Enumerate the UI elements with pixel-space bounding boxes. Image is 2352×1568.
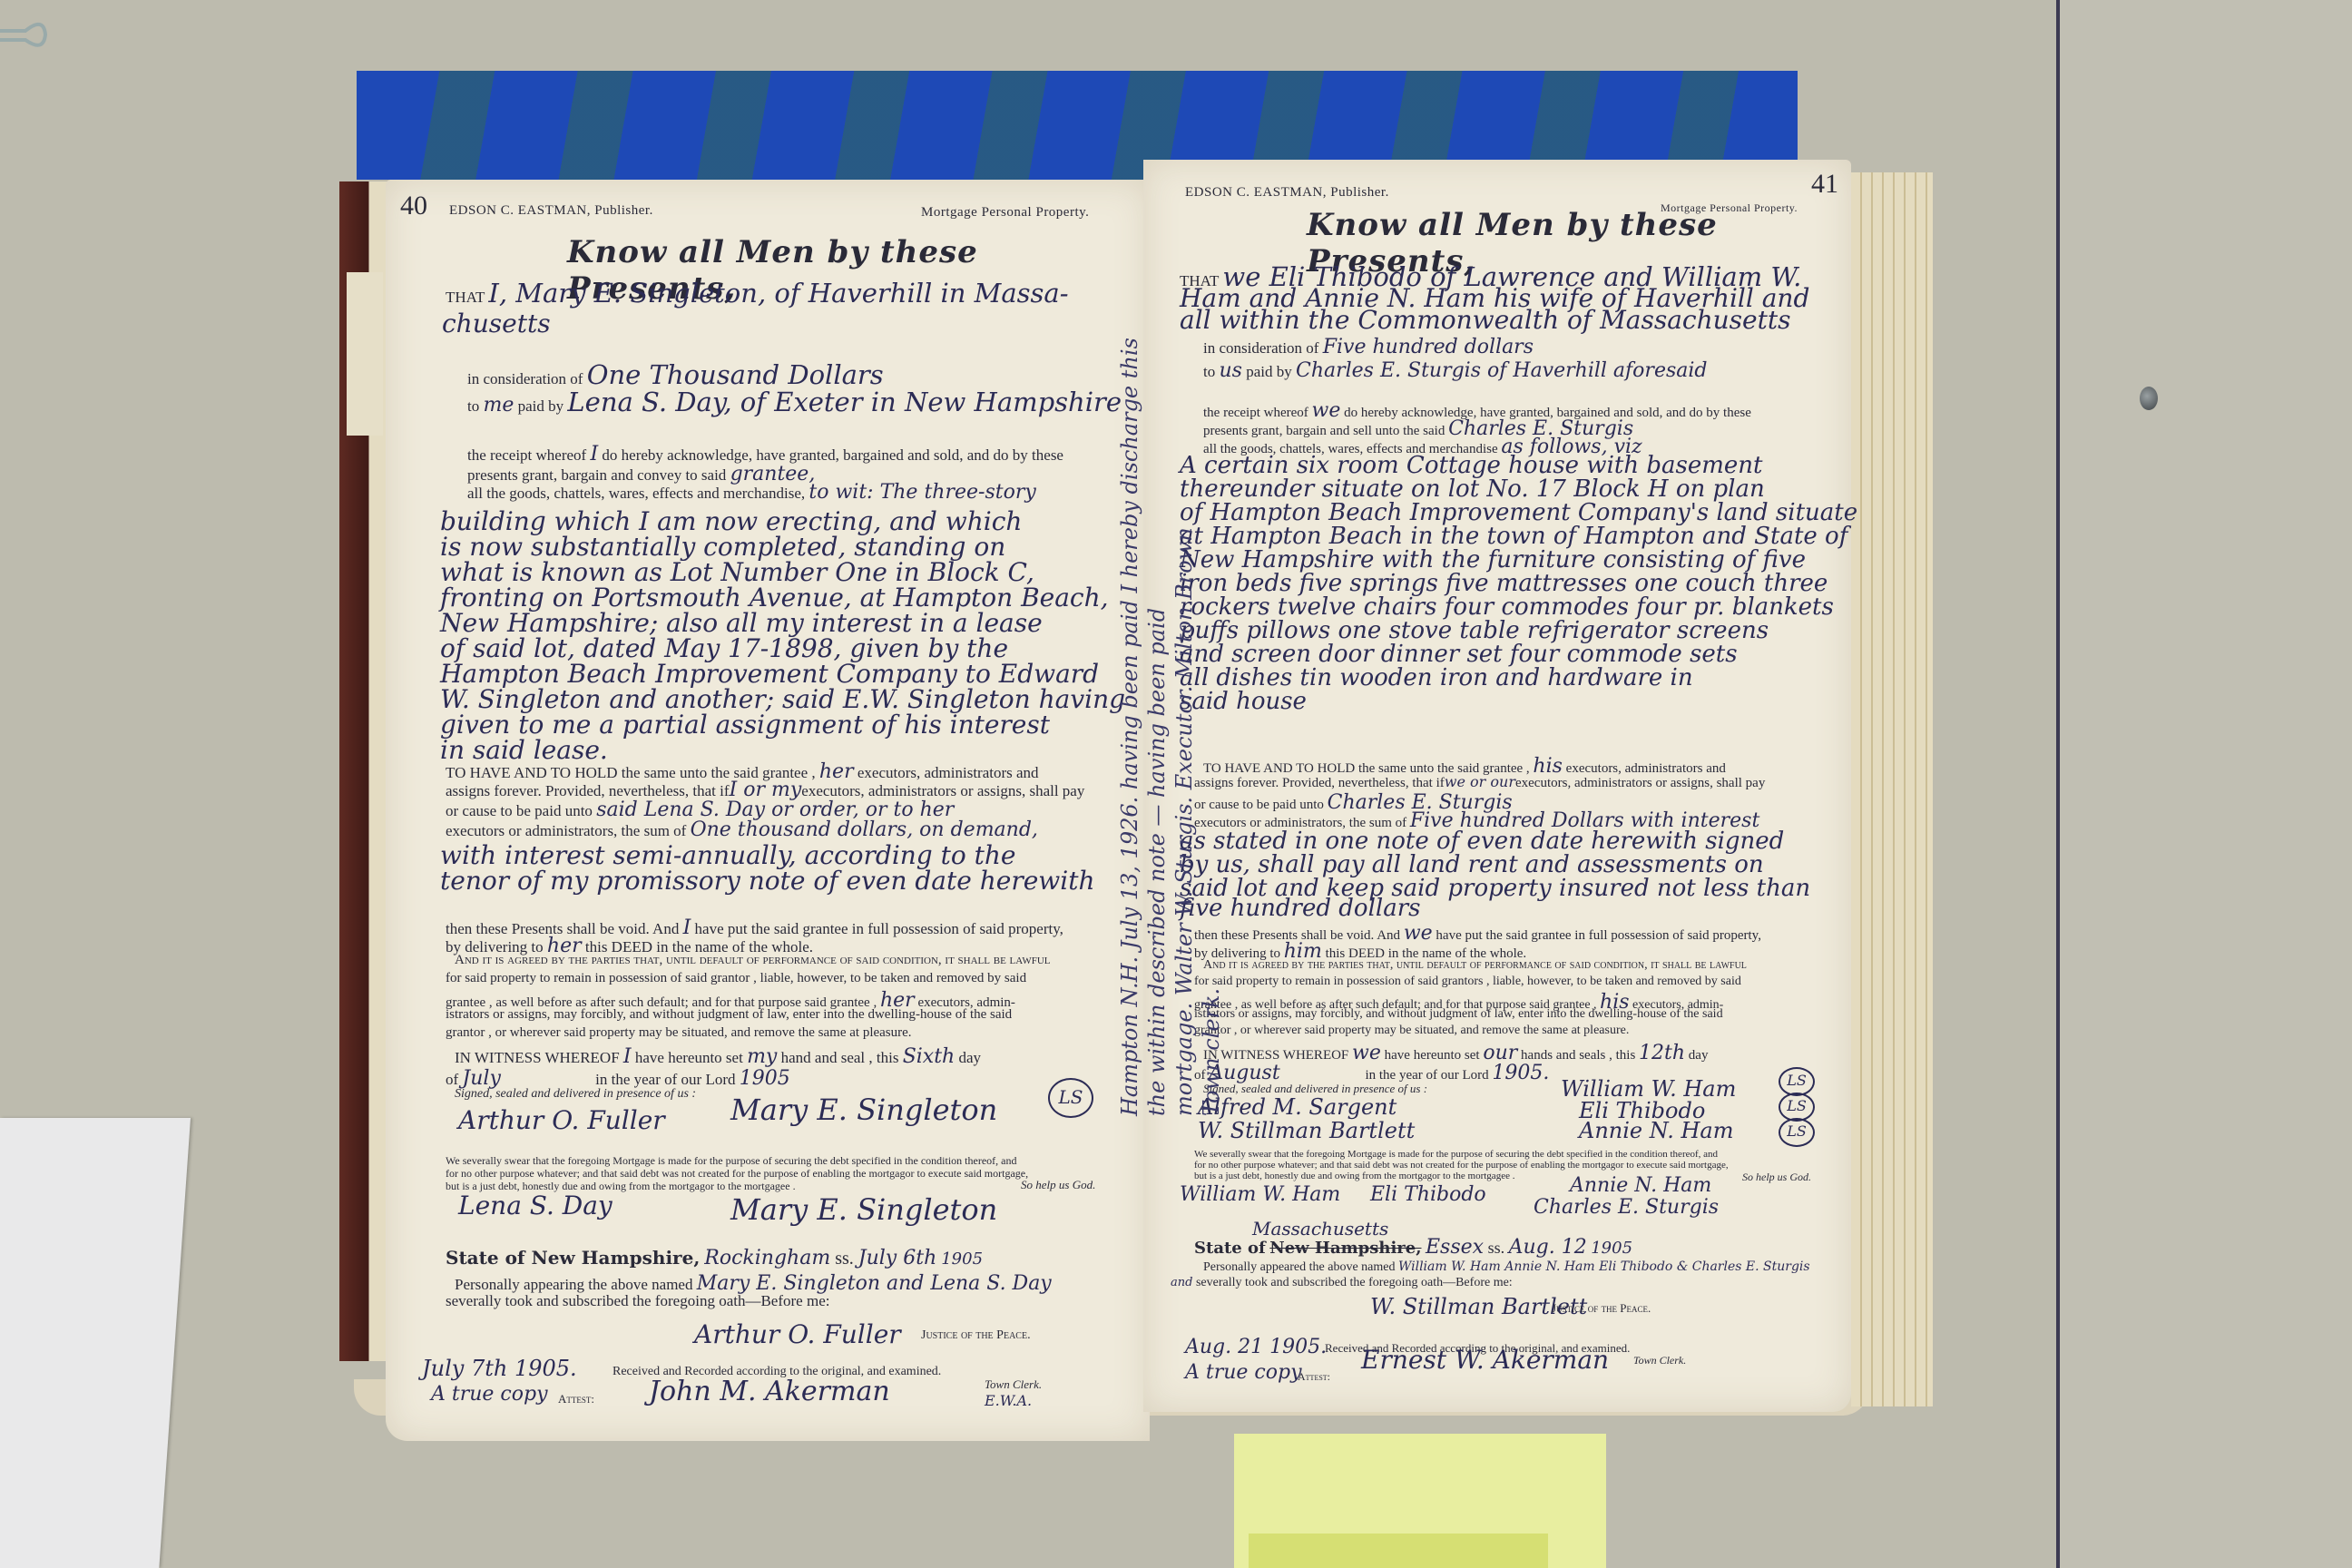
seal-ls: LS xyxy=(1779,1118,1815,1147)
true-copy: A true copy xyxy=(1185,1361,1302,1384)
witness-text: hand and seal , this xyxy=(781,1049,899,1066)
witness-text: day xyxy=(958,1049,981,1066)
habendum-value: tenor of my promissory note of even date… xyxy=(440,866,1095,896)
page-number: 41 xyxy=(1811,169,1838,200)
grantor-line: chusetts xyxy=(442,309,551,338)
ack-state: State of New Hampshire, xyxy=(446,1247,700,1269)
background-panel-right xyxy=(2056,0,2352,1568)
justice-signature: Arthur O. Fuller xyxy=(694,1319,901,1349)
oath-line: We severally swear that the foregoing Mo… xyxy=(1194,1149,1718,1160)
oath-signature: Annie N. Ham xyxy=(1570,1174,1711,1197)
witness-day: 12th xyxy=(1639,1042,1685,1064)
habendum-text: assigns forever. Provided, nevertheless,… xyxy=(446,782,730,799)
agreed-line: And it is agreed by the parties that, un… xyxy=(1203,958,1747,973)
consideration-label: in consideration of xyxy=(467,370,583,387)
witness-text: hands and seals , this xyxy=(1521,1048,1635,1063)
receipt-label: the receipt whereof xyxy=(467,446,586,464)
paid-by-label: paid by xyxy=(1246,363,1292,380)
witness-text: in the year of our Lord xyxy=(595,1071,735,1088)
loose-paper-sheet xyxy=(0,1118,191,1568)
receipt-text: do hereby acknowledge, have granted, bar… xyxy=(602,446,1063,464)
left-page: 40 EDSON C. EASTMAN, Publisher. Mortgage… xyxy=(386,180,1150,1441)
page-number: 40 xyxy=(400,191,427,221)
oath-signature: Charles E. Sturgis xyxy=(1534,1196,1719,1219)
grantor-line: I, Mary E. Singleton, of Haverhill in Ma… xyxy=(488,278,1068,309)
habendum-text: executors, administrators or assigns, sh… xyxy=(801,782,1084,799)
agreed-line: istrators or assigns, may forcibly, and … xyxy=(1194,1007,1723,1022)
recorded-date: July 7th 1905. xyxy=(422,1356,577,1381)
habendum-text: executors or administrators, the sum of xyxy=(446,822,686,839)
ack-ss: ss. xyxy=(835,1249,854,1269)
habendum-value: One thousand dollars, on demand, xyxy=(691,818,1038,841)
true-copy: A true copy xyxy=(431,1383,548,1406)
habendum-text: executors, administrators or assigns, sh… xyxy=(1515,776,1765,790)
oath-line: but is a just debt, honestly due and owi… xyxy=(1194,1171,1514,1181)
witness-signature: Alfred M. Sargent xyxy=(1198,1094,1396,1120)
consideration-value: Five hundred dollars xyxy=(1323,336,1534,358)
right-page-edges xyxy=(1851,172,1933,1406)
agreed-line: for said property to remain in possessio… xyxy=(1194,975,1741,989)
signed-label: Signed, sealed and delivered in presence… xyxy=(455,1087,696,1102)
oath-signature: Mary E. Singleton xyxy=(730,1192,997,1227)
discharge-margin-note: Hampton N.H. July 13, 1926. having been … xyxy=(1116,338,1225,1116)
witness-text: in the year of our Lord xyxy=(1365,1068,1488,1083)
ack-year: 1905 xyxy=(1591,1239,1632,1258)
ack-text: severally took and subscribed the forego… xyxy=(1196,1276,1513,1289)
agreed-line: And it is agreed by the parties that, un… xyxy=(455,953,1051,968)
agreed-line: grantor , or wherever said property may … xyxy=(446,1025,912,1041)
sticky-note-lower xyxy=(1249,1534,1548,1568)
paid-by-value: Charles E. Sturgis of Haverhill aforesai… xyxy=(1296,359,1708,382)
paid-by-value: Lena S. Day, of Exeter in New Hampshire xyxy=(567,387,1122,417)
ack-date: July 6th xyxy=(858,1247,936,1269)
witness-year: 1905. xyxy=(1492,1062,1549,1084)
ack-text: Personally appeared the above named xyxy=(1203,1260,1395,1274)
ack-year: 1905 xyxy=(941,1249,983,1269)
screw-head xyxy=(2140,387,2158,410)
oath-closing: So help us God. xyxy=(1021,1178,1095,1192)
margin-note-line: the within described note — having been … xyxy=(1143,338,1171,1116)
habendum-text: assigns forever. Provided, nevertheless,… xyxy=(1194,776,1445,790)
witness-day: Sixth xyxy=(903,1045,955,1068)
ack-state: State of xyxy=(1194,1239,1266,1258)
ack-text: severally took and subscribed the forego… xyxy=(446,1292,829,1310)
right-page: EDSON C. EASTMAN, Publisher. 41 Mortgage… xyxy=(1143,160,1851,1412)
paid-to-value: me xyxy=(483,394,514,416)
habendum-text: or cause to be paid unto xyxy=(446,802,593,819)
witness-signature: Arthur O. Fuller xyxy=(458,1105,665,1135)
oath-line: for no other purpose whatever; and that … xyxy=(1194,1160,1729,1171)
attest-label: Attest: xyxy=(558,1392,594,1406)
publisher-header: EDSON C. EASTMAN, Publisher. xyxy=(1185,185,1389,201)
ack-ss: ss. xyxy=(1488,1239,1505,1257)
witness-text: have hereunto set xyxy=(1385,1048,1480,1063)
ack-county: Essex xyxy=(1426,1236,1484,1259)
oath-signature: Eli Thibodo xyxy=(1370,1183,1486,1206)
ack-named: William W. Ham Annie N. Ham Eli Thibodo … xyxy=(1398,1259,1810,1274)
ack-text: Personally appearing the above named xyxy=(455,1276,692,1293)
attest-label: Attest: xyxy=(1298,1370,1330,1384)
recorded-date: Aug. 21 1905. xyxy=(1185,1336,1327,1358)
witness-text: of xyxy=(446,1071,458,1088)
justice-label: Justice of the Peace. xyxy=(921,1328,1031,1343)
consideration-value: One Thousand Dollars xyxy=(587,359,884,390)
ack-state-struck: New Hampshire, xyxy=(1269,1239,1421,1258)
margin-note-line: mortgage. Walter W. Sturgis. Executor. M… xyxy=(1171,338,1198,1116)
witness-label: IN WITNESS WHEREOF xyxy=(455,1049,620,1066)
ack-county: Rockingham xyxy=(704,1247,830,1269)
margin-note-line: Hampton N.H. July 13, 1926. having been … xyxy=(1116,338,1143,1116)
oath-line: for no other purpose whatever; and that … xyxy=(446,1167,1028,1181)
witness-pronoun: my xyxy=(747,1045,777,1068)
habendum-value: we or our xyxy=(1445,773,1515,790)
publisher-header: EDSON C. EASTMAN, Publisher. xyxy=(449,203,653,219)
left-page-stack xyxy=(347,272,383,436)
witness-signature: W. Stillman Bartlett xyxy=(1198,1118,1415,1143)
witness-label: IN WITNESS WHEREOF xyxy=(1203,1048,1348,1063)
grantor-line: all within the Commonwealth of Massachus… xyxy=(1180,305,1790,335)
grantor-signature: Annie N. Ham xyxy=(1579,1118,1733,1143)
oath-signature: William W. Ham xyxy=(1180,1183,1340,1206)
paid-to-label: to xyxy=(467,397,479,415)
margin-note-line: Town clerk. xyxy=(1198,338,1225,1116)
grantor-signature: Mary E. Singleton xyxy=(730,1093,997,1127)
seal-ls: LS xyxy=(1048,1078,1093,1118)
clerk-initials: E.W.A. xyxy=(985,1392,1032,1409)
clerk-label: Town Clerk. xyxy=(985,1377,1042,1392)
witness-text: have hereunto set xyxy=(635,1049,743,1066)
ack-and-insert: and xyxy=(1171,1276,1192,1289)
agreed-line: istrators or assigns, may forcibly, and … xyxy=(446,1007,1012,1023)
property-line: to wit: The three-story xyxy=(808,481,1035,504)
witness-who: I xyxy=(623,1045,632,1068)
oath-signature: Lena S. Day xyxy=(458,1191,612,1220)
goods-text: all the goods, chattels, wares, effects … xyxy=(467,485,805,502)
clerk-signature: John M. Akerman xyxy=(649,1376,890,1407)
justice-label: Justice of the Peace. xyxy=(1552,1301,1651,1316)
agreed-line: grantor , or wherever said property may … xyxy=(1194,1024,1629,1038)
agreed-line: for said property to remain in possessio… xyxy=(446,971,1026,986)
clerk-label: Town Clerk. xyxy=(1633,1354,1686,1367)
paid-by-label: paid by xyxy=(518,397,564,415)
ack-date: Aug. 12 xyxy=(1509,1236,1587,1259)
that-label: THAT xyxy=(446,289,485,306)
witness-year: 1905 xyxy=(740,1067,790,1090)
witness-text: day xyxy=(1689,1048,1709,1063)
form-type-header: Mortgage Personal Property. xyxy=(921,205,1089,220)
oath-line: We severally swear that the foregoing Mo… xyxy=(446,1154,1017,1168)
oath-closing: So help us God. xyxy=(1742,1171,1811,1184)
binder-clip-icon xyxy=(0,13,51,58)
clerk-signature: Ernest W. Akerman xyxy=(1361,1345,1609,1375)
